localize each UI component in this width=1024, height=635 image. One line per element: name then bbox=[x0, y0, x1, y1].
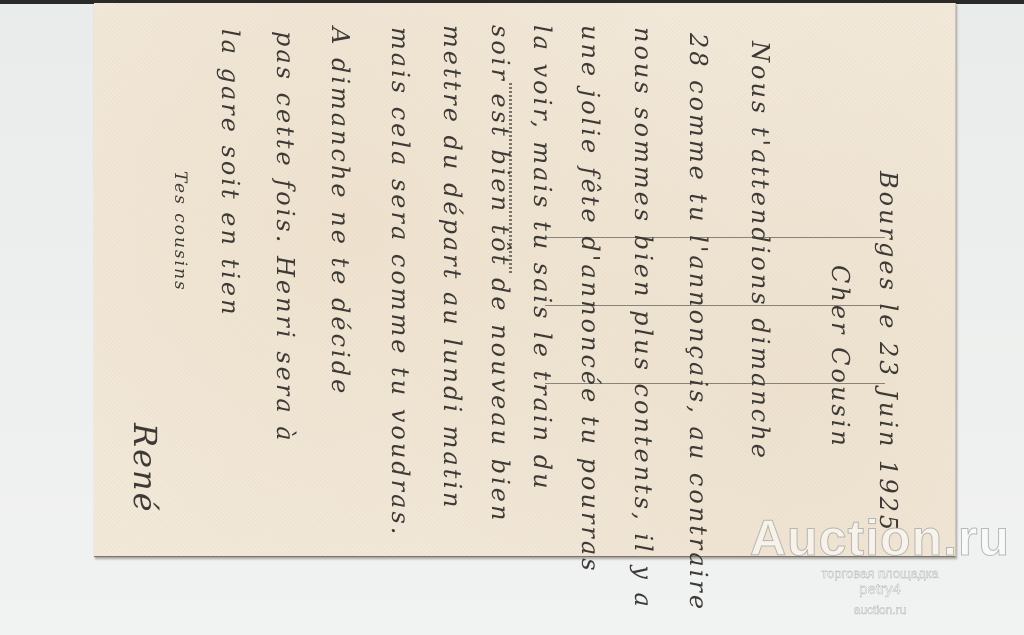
dateline: Bourges le 23 Juin 1925 bbox=[874, 171, 902, 533]
letter-line: A dimanche ne te décide bbox=[326, 27, 354, 396]
letter-line: la gare soit en tien bbox=[216, 29, 244, 318]
letter-line: pas cette fois. Henri sera à bbox=[271, 31, 299, 444]
letter-line: Nous t'attendions dimanche bbox=[746, 41, 774, 461]
auction-watermark: Auction.ru торговая площадка petry4 auct… bbox=[735, 510, 1024, 618]
letter-line: 28 comme tu l'annonçais, au contraire bbox=[684, 33, 712, 612]
letter-line: la voir, mais tu sais le train du bbox=[528, 25, 556, 492]
letter-line: mais cela sera comme tu voudras. bbox=[386, 27, 414, 537]
letter-line: une jolie fête d'annoncée tu pourras bbox=[576, 25, 604, 574]
signature: René bbox=[126, 423, 164, 514]
postcard: Bourges le 23 Juin 1925 Cher Cousin Nous… bbox=[94, 3, 956, 557]
letter-line: mettre du départ au lundi matin bbox=[438, 25, 466, 510]
letter-line: soir est bien tôt de nouveau bien bbox=[486, 25, 514, 523]
watermark-subtitle: торговая площадка bbox=[735, 566, 1024, 582]
watermark-brand: Auction.ru bbox=[735, 510, 1024, 566]
watermark-site: auction.ru bbox=[735, 602, 1024, 618]
watermark-seller: petry4 bbox=[735, 582, 1024, 598]
closing: Tes cousins bbox=[170, 171, 190, 292]
letter-line: nous sommes bien plus contents, il y a bbox=[629, 27, 657, 610]
salutation: Cher Cousin bbox=[826, 265, 854, 449]
